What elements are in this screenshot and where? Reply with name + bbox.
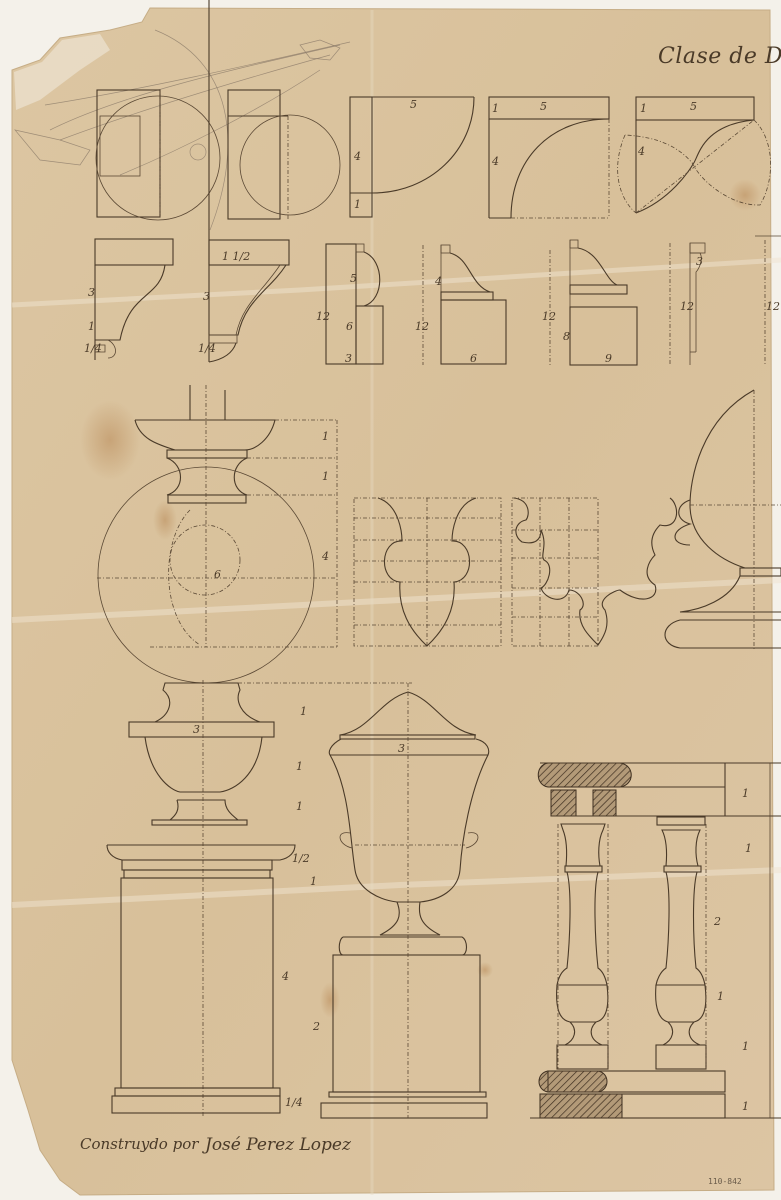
svg-text:2: 2 bbox=[312, 1020, 320, 1033]
svg-text:1: 1 bbox=[717, 990, 724, 1003]
svg-text:3: 3 bbox=[193, 723, 200, 736]
svg-text:4: 4 bbox=[321, 550, 329, 563]
svg-text:1/2: 1/2 bbox=[292, 852, 310, 865]
svg-text:1: 1 bbox=[296, 760, 303, 773]
svg-text:1: 1 bbox=[640, 102, 647, 115]
svg-text:4: 4 bbox=[281, 970, 289, 983]
svg-text:6: 6 bbox=[214, 568, 221, 581]
svg-text:1: 1 bbox=[354, 198, 361, 211]
drawing-sheet: 5 4 1 1 5 4 1 5 4 3 1 1/4 bbox=[0, 0, 781, 1200]
svg-text:1 1/2: 1 1/2 bbox=[222, 250, 250, 263]
svg-text:12: 12 bbox=[415, 320, 429, 333]
svg-text:3: 3 bbox=[696, 255, 703, 268]
svg-text:1: 1 bbox=[296, 800, 303, 813]
svg-text:9: 9 bbox=[605, 352, 612, 365]
svg-text:1: 1 bbox=[492, 102, 499, 115]
svg-text:3: 3 bbox=[398, 742, 405, 755]
svg-text:5: 5 bbox=[540, 100, 547, 113]
svg-text:1: 1 bbox=[300, 705, 307, 718]
svg-text:5: 5 bbox=[690, 100, 697, 113]
catalog-id-stamp: 110-842 bbox=[708, 1177, 742, 1186]
svg-text:1: 1 bbox=[88, 320, 95, 333]
svg-text:12: 12 bbox=[680, 300, 694, 313]
svg-text:3: 3 bbox=[203, 290, 210, 303]
signature-name: José Perez Lopez bbox=[205, 1135, 351, 1155]
svg-text:4: 4 bbox=[637, 145, 645, 158]
svg-text:1: 1 bbox=[322, 430, 329, 443]
svg-text:6: 6 bbox=[346, 320, 353, 333]
svg-text:4: 4 bbox=[353, 150, 361, 163]
svg-text:4: 4 bbox=[491, 155, 499, 168]
svg-text:5: 5 bbox=[350, 272, 357, 285]
svg-text:3: 3 bbox=[345, 352, 352, 365]
svg-text:1: 1 bbox=[742, 1100, 749, 1113]
svg-text:12: 12 bbox=[316, 310, 330, 323]
svg-text:6: 6 bbox=[470, 352, 477, 365]
svg-text:12: 12 bbox=[542, 310, 556, 323]
svg-text:2: 2 bbox=[713, 915, 721, 928]
svg-text:1: 1 bbox=[745, 842, 752, 855]
svg-text:1: 1 bbox=[310, 875, 317, 888]
svg-text:5: 5 bbox=[410, 98, 417, 111]
svg-text:12: 12 bbox=[766, 300, 780, 313]
svg-text:4: 4 bbox=[434, 275, 442, 288]
signature-label: Construydo por bbox=[80, 1135, 198, 1153]
svg-text:1/4: 1/4 bbox=[198, 342, 216, 355]
svg-text:1: 1 bbox=[742, 1040, 749, 1053]
svg-text:1: 1 bbox=[322, 470, 329, 483]
svg-text:1/4: 1/4 bbox=[285, 1096, 303, 1109]
svg-text:1/4: 1/4 bbox=[84, 342, 102, 355]
svg-text:1: 1 bbox=[742, 787, 749, 800]
sheet-title: Clase de D bbox=[658, 44, 781, 69]
svg-text:8: 8 bbox=[563, 330, 570, 343]
svg-text:3: 3 bbox=[88, 286, 95, 299]
